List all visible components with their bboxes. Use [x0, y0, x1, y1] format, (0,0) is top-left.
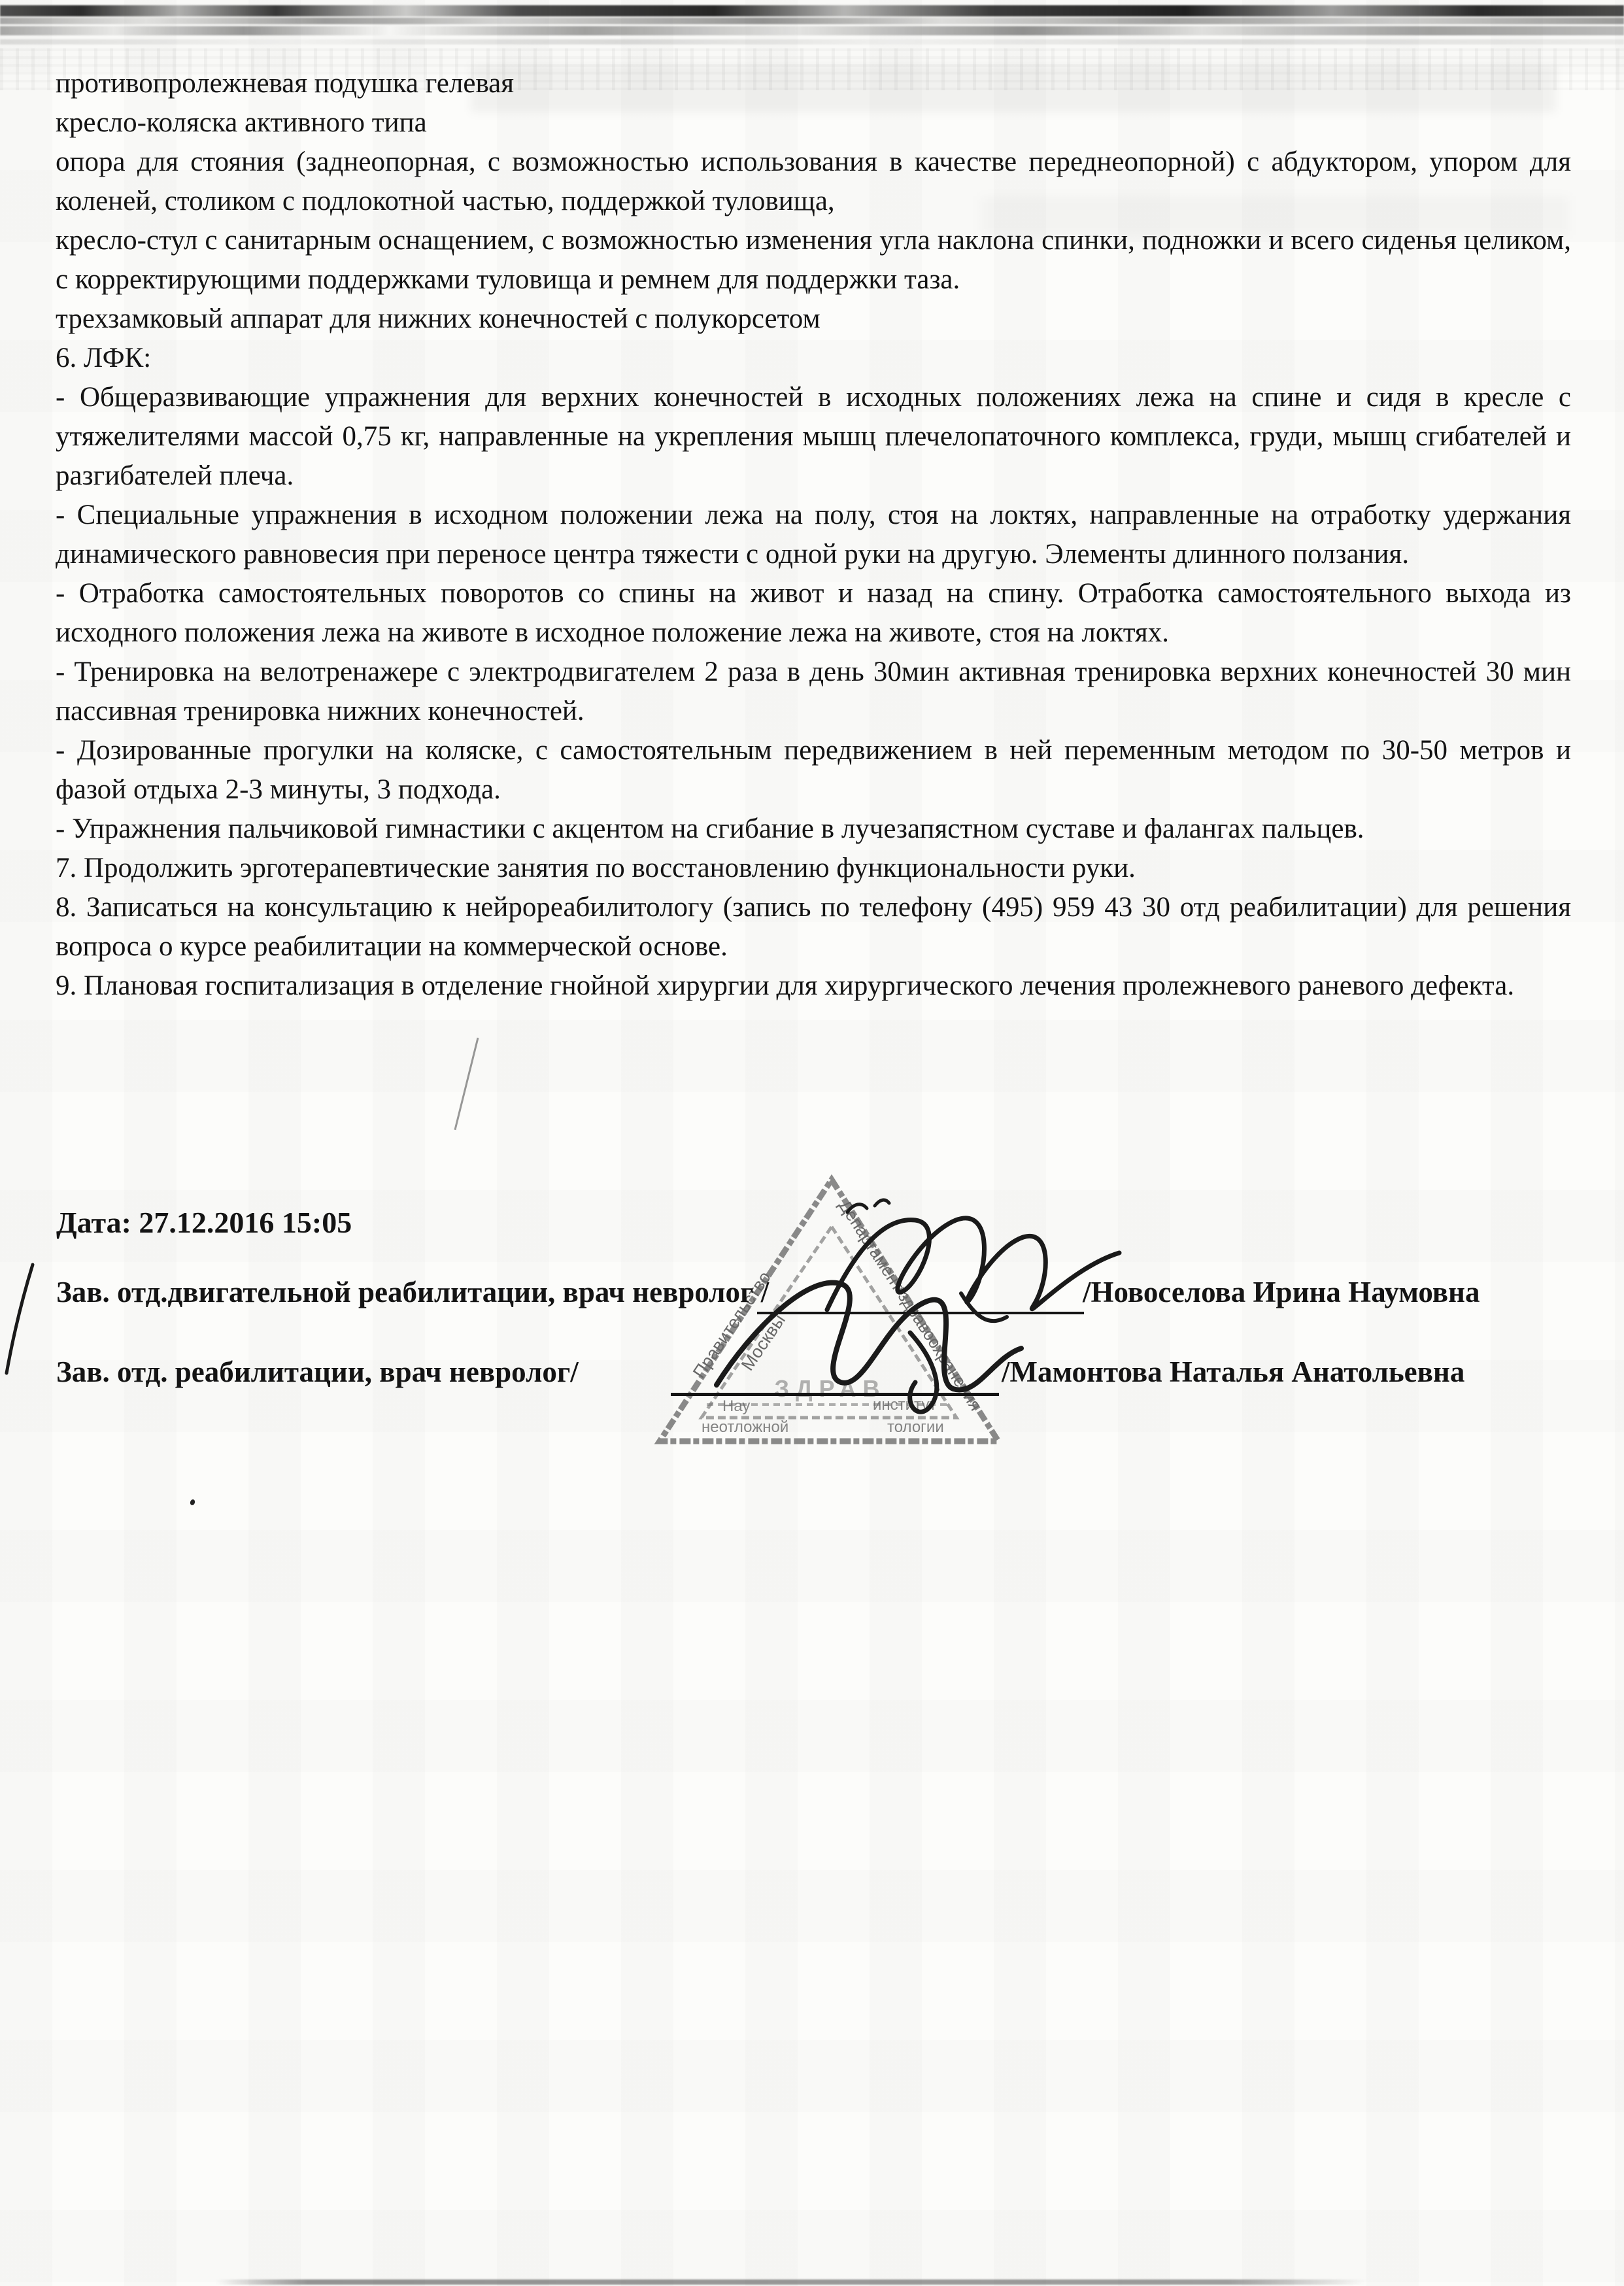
signature-ink-accent [847, 1200, 889, 1212]
paragraph-item-9: 9. Плановая госпитализация в отделение г… [56, 966, 1571, 1006]
paragraph-equipment-1: противопролежневая подушка гелевая [56, 64, 1571, 103]
date-line: Дата: 27.12.2016 15:05 [56, 1205, 352, 1240]
signature-ink [654, 1189, 1177, 1414]
margin-pen-stroke [1, 1261, 41, 1378]
signature-ink-stroke-2 [717, 1283, 1021, 1390]
ink-dot-artifact [190, 1499, 196, 1506]
paragraph-lfk-item-5: - Дозированные прогулки на коляске, с са… [56, 731, 1571, 810]
scanned-document-page: противопролежневая подушка гелевая кресл… [0, 0, 1624, 2286]
paragraph-item-8: 8. Записаться на консультацию к нейрореа… [56, 888, 1571, 966]
signature-ink-stroke-2-loop [910, 1333, 937, 1412]
bottom-scan-smudge [216, 2279, 1366, 2285]
paragraph-equipment-3: опора для стояния (заднеопорная, с возмо… [56, 143, 1571, 221]
margin-pen-stroke-path [7, 1265, 33, 1373]
paragraph-lfk-item-6: - Упражнения пальчиковой гимнастики с ак… [56, 810, 1571, 849]
paragraph-lfk-item-2: - Специальные упражнения в исходном поло… [56, 496, 1571, 574]
scan-scratch-artifact [454, 1038, 479, 1130]
stamp-bottom-text-2a: неотложной [702, 1418, 788, 1436]
scan-noise-band [0, 26, 1624, 35]
paragraph-equipment-2: кресло-коляска активного типа [56, 103, 1571, 143]
document-body: противопролежневая подушка гелевая кресл… [56, 64, 1571, 1006]
paragraph-lfk-item-4: - Тренировка на велотренажере с электрод… [56, 653, 1571, 731]
scan-noise-band [0, 39, 1624, 44]
paragraph-equipment-4: кресло-стул с санитарным оснащением, с в… [56, 221, 1571, 299]
scan-noise-band [0, 18, 1624, 24]
signature-ink-stroke-1 [827, 1218, 1119, 1310]
paragraph-lfk-item-1: - Общеразвивающие упражнения для верхних… [56, 378, 1571, 496]
scan-noise-band [0, 5, 1624, 16]
paragraph-equipment-5: трехзамковый аппарат для нижних конечнос… [56, 299, 1571, 339]
paragraph-lfk-item-3: - Отработка самостоятельных поворотов со… [56, 574, 1571, 653]
signature-title-2: Зав. отд. реабилитации, врач невролог/ [56, 1355, 579, 1389]
stamp-bottom-text-2b: тологии [887, 1418, 944, 1436]
paragraph-item-7: 7. Продолжить эрготерапевтические заняти… [56, 849, 1571, 888]
heading-lfk: 6. ЛФК: [56, 339, 1571, 378]
